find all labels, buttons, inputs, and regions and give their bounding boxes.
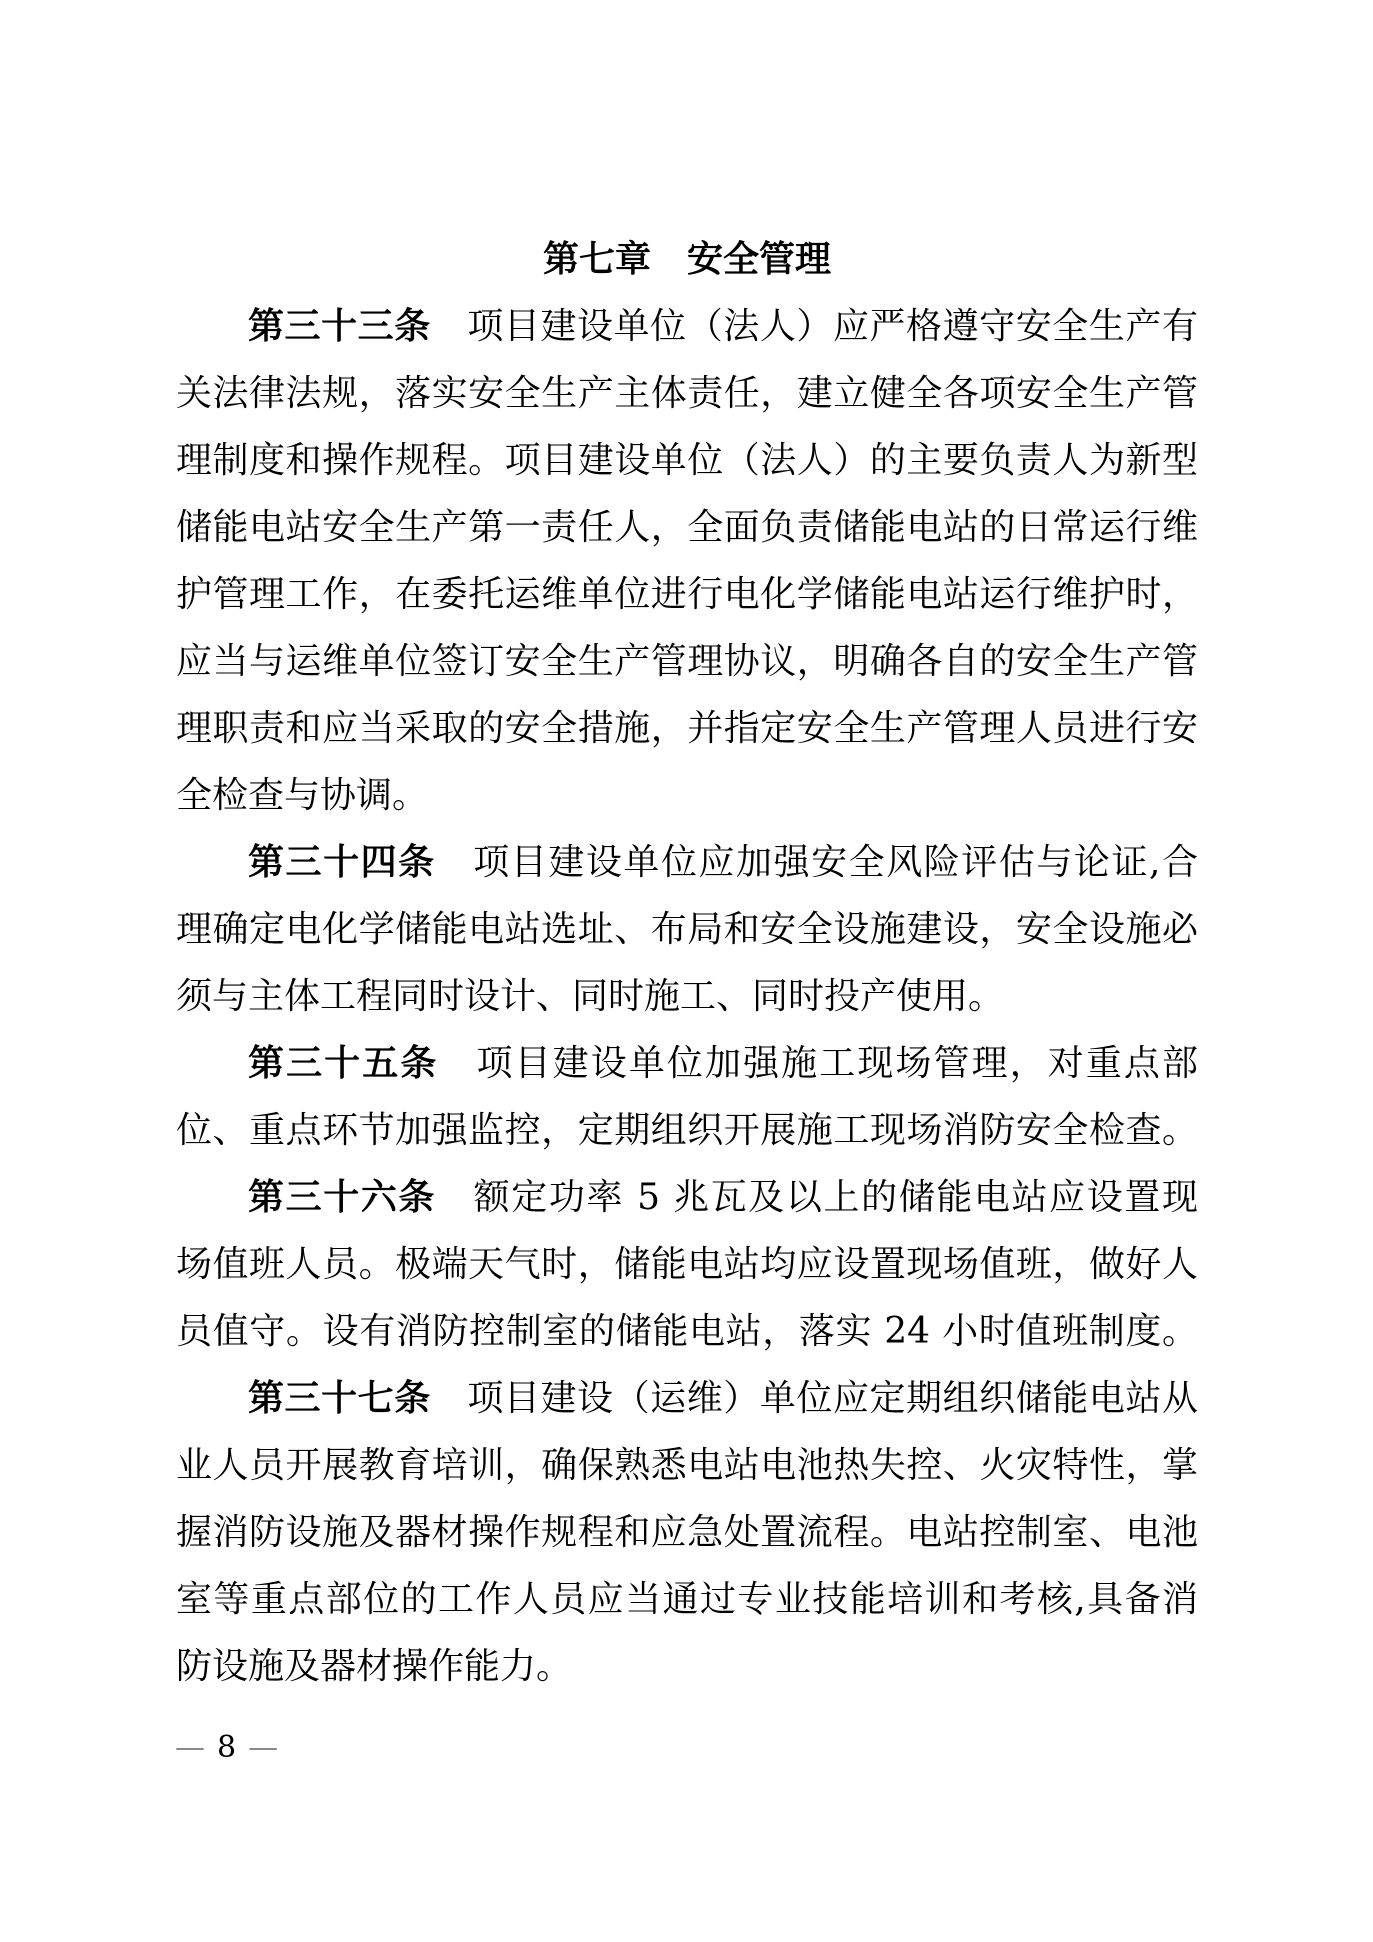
document-page: 第七章 安全管理 第三十三条 项目建设单位（法人）应严格遵守安全生产有关法律法规…	[0, 0, 1373, 1942]
article-number: 第三十六条	[248, 1177, 436, 1218]
line-text: 关法律法规，落实安全生产主体责任，建立健全各项安全生产管	[176, 373, 1198, 414]
text-line: 第三十四条 项目建设单位应加强安全风险评估与论证,合	[176, 829, 1198, 896]
text-line: 护管理工作，在委托运维单位进行电化学储能电站运行维护时，	[176, 561, 1198, 628]
line-text: 场值班人员。极端天气时，储能电站均应设置现场值班，做好人	[176, 1244, 1198, 1285]
text-line: 第三十七条 项目建设（运维）单位应定期组织储能电站从	[176, 1365, 1198, 1432]
footer-dash-left: —	[175, 1733, 205, 1763]
line-text: 须与主体工程同时设计、同时施工、同时投产使用。	[176, 976, 1004, 1017]
line-text: 项目建设单位（法人）应严格遵守安全生产有	[431, 306, 1198, 347]
line-text: 员值守。设有消防控制室的储能电站，落实 24 小时值班制度。	[176, 1311, 1198, 1352]
line-text: 业人员开展教育培训，确保熟悉电站电池热失控、火灾特性，掌	[176, 1445, 1198, 1486]
article-number: 第三十三条	[248, 306, 431, 347]
line-text: 理确定电化学储能电站选址、布局和安全设施建设，安全设施必	[176, 909, 1198, 950]
page-number: 8	[217, 1733, 236, 1763]
line-text: 储能电站安全生产第一责任人，全面负责储能电站的日常运行维	[176, 507, 1198, 548]
text-line: 全检查与协调。	[176, 762, 1198, 829]
page-footer: — 8 —	[175, 1733, 278, 1763]
footer-dash-right: —	[248, 1733, 278, 1763]
text-line: 握消防设施及器材操作规程和应急处置流程。电站控制室、电池	[176, 1499, 1198, 1566]
line-text: 应当与运维单位签订安全生产管理协议，明确各自的安全生产管	[176, 641, 1198, 682]
article-number: 第三十七条	[248, 1378, 431, 1419]
line-text: 防设施及器材操作能力。	[176, 1646, 572, 1687]
text-line: 理职责和应当采取的安全措施，并指定安全生产管理人员进行安	[176, 695, 1198, 762]
line-text: 握消防设施及器材操作规程和应急处置流程。电站控制室、电池	[176, 1512, 1198, 1553]
text-line: 理制度和操作规程。项目建设单位（法人）的主要负责人为新型	[176, 427, 1198, 494]
text-line: 位、重点环节加强监控，定期组织开展施工现场消防安全检查。	[176, 1097, 1198, 1164]
text-line: 防设施及器材操作能力。	[176, 1633, 1198, 1700]
line-text: 项目建设单位加强施工现场管理，对重点部	[438, 1043, 1198, 1084]
article-paragraph: 第三十三条 项目建设单位（法人）应严格遵守安全生产有关法律法规，落实安全生产主体…	[176, 293, 1198, 829]
article-paragraph: 第三十七条 项目建设（运维）单位应定期组织储能电站从业人员开展教育培训，确保熟悉…	[176, 1365, 1198, 1700]
article-paragraph: 第三十四条 项目建设单位应加强安全风险评估与论证,合理确定电化学储能电站选址、布…	[176, 829, 1198, 1030]
line-text: 额定功率 5 兆瓦及以上的储能电站应设置现	[436, 1177, 1198, 1218]
text-line: 储能电站安全生产第一责任人，全面负责储能电站的日常运行维	[176, 494, 1198, 561]
text-line: 关法律法规，落实安全生产主体责任，建立健全各项安全生产管	[176, 360, 1198, 427]
line-text: 全检查与协调。	[176, 775, 428, 816]
text-line: 应当与运维单位签订安全生产管理协议，明确各自的安全生产管	[176, 628, 1198, 695]
text-line: 业人员开展教育培训，确保熟悉电站电池热失控、火灾特性，掌	[176, 1432, 1198, 1499]
article-paragraph: 第三十六条 额定功率 5 兆瓦及以上的储能电站应设置现场值班人员。极端天气时，储…	[176, 1164, 1198, 1365]
article-paragraph: 第三十五条 项目建设单位加强施工现场管理，对重点部位、重点环节加强监控，定期组织…	[176, 1030, 1198, 1164]
document-content: 第七章 安全管理 第三十三条 项目建设单位（法人）应严格遵守安全生产有关法律法规…	[176, 226, 1198, 1700]
articles-container: 第三十三条 项目建设单位（法人）应严格遵守安全生产有关法律法规，落实安全生产主体…	[176, 293, 1198, 1700]
text-line: 场值班人员。极端天气时，储能电站均应设置现场值班，做好人	[176, 1231, 1198, 1298]
line-text: 理制度和操作规程。项目建设单位（法人）的主要负责人为新型	[176, 440, 1198, 481]
line-text: 项目建设单位应加强安全风险评估与论证,合	[436, 842, 1198, 883]
line-text: 位、重点环节加强监控，定期组织开展施工现场消防安全检查。	[176, 1110, 1198, 1151]
text-line: 须与主体工程同时设计、同时施工、同时投产使用。	[176, 963, 1198, 1030]
line-text: 项目建设（运维）单位应定期组织储能电站从	[431, 1378, 1198, 1419]
article-number: 第三十四条	[248, 842, 436, 883]
text-line: 第三十六条 额定功率 5 兆瓦及以上的储能电站应设置现	[176, 1164, 1198, 1231]
line-text: 理职责和应当采取的安全措施，并指定安全生产管理人员进行安	[176, 708, 1198, 749]
text-line: 第三十五条 项目建设单位加强施工现场管理，对重点部	[176, 1030, 1198, 1097]
line-text: 室等重点部位的工作人员应当通过专业技能培训和考核,具备消	[176, 1579, 1198, 1620]
text-line: 理确定电化学储能电站选址、布局和安全设施建设，安全设施必	[176, 896, 1198, 963]
text-line: 第三十三条 项目建设单位（法人）应严格遵守安全生产有	[176, 293, 1198, 360]
line-text: 护管理工作，在委托运维单位进行电化学储能电站运行维护时，	[176, 574, 1198, 615]
text-line: 员值守。设有消防控制室的储能电站，落实 24 小时值班制度。	[176, 1298, 1198, 1365]
article-number: 第三十五条	[248, 1043, 438, 1084]
text-line: 室等重点部位的工作人员应当通过专业技能培训和考核,具备消	[176, 1566, 1198, 1633]
chapter-heading: 第七章 安全管理	[176, 226, 1198, 293]
